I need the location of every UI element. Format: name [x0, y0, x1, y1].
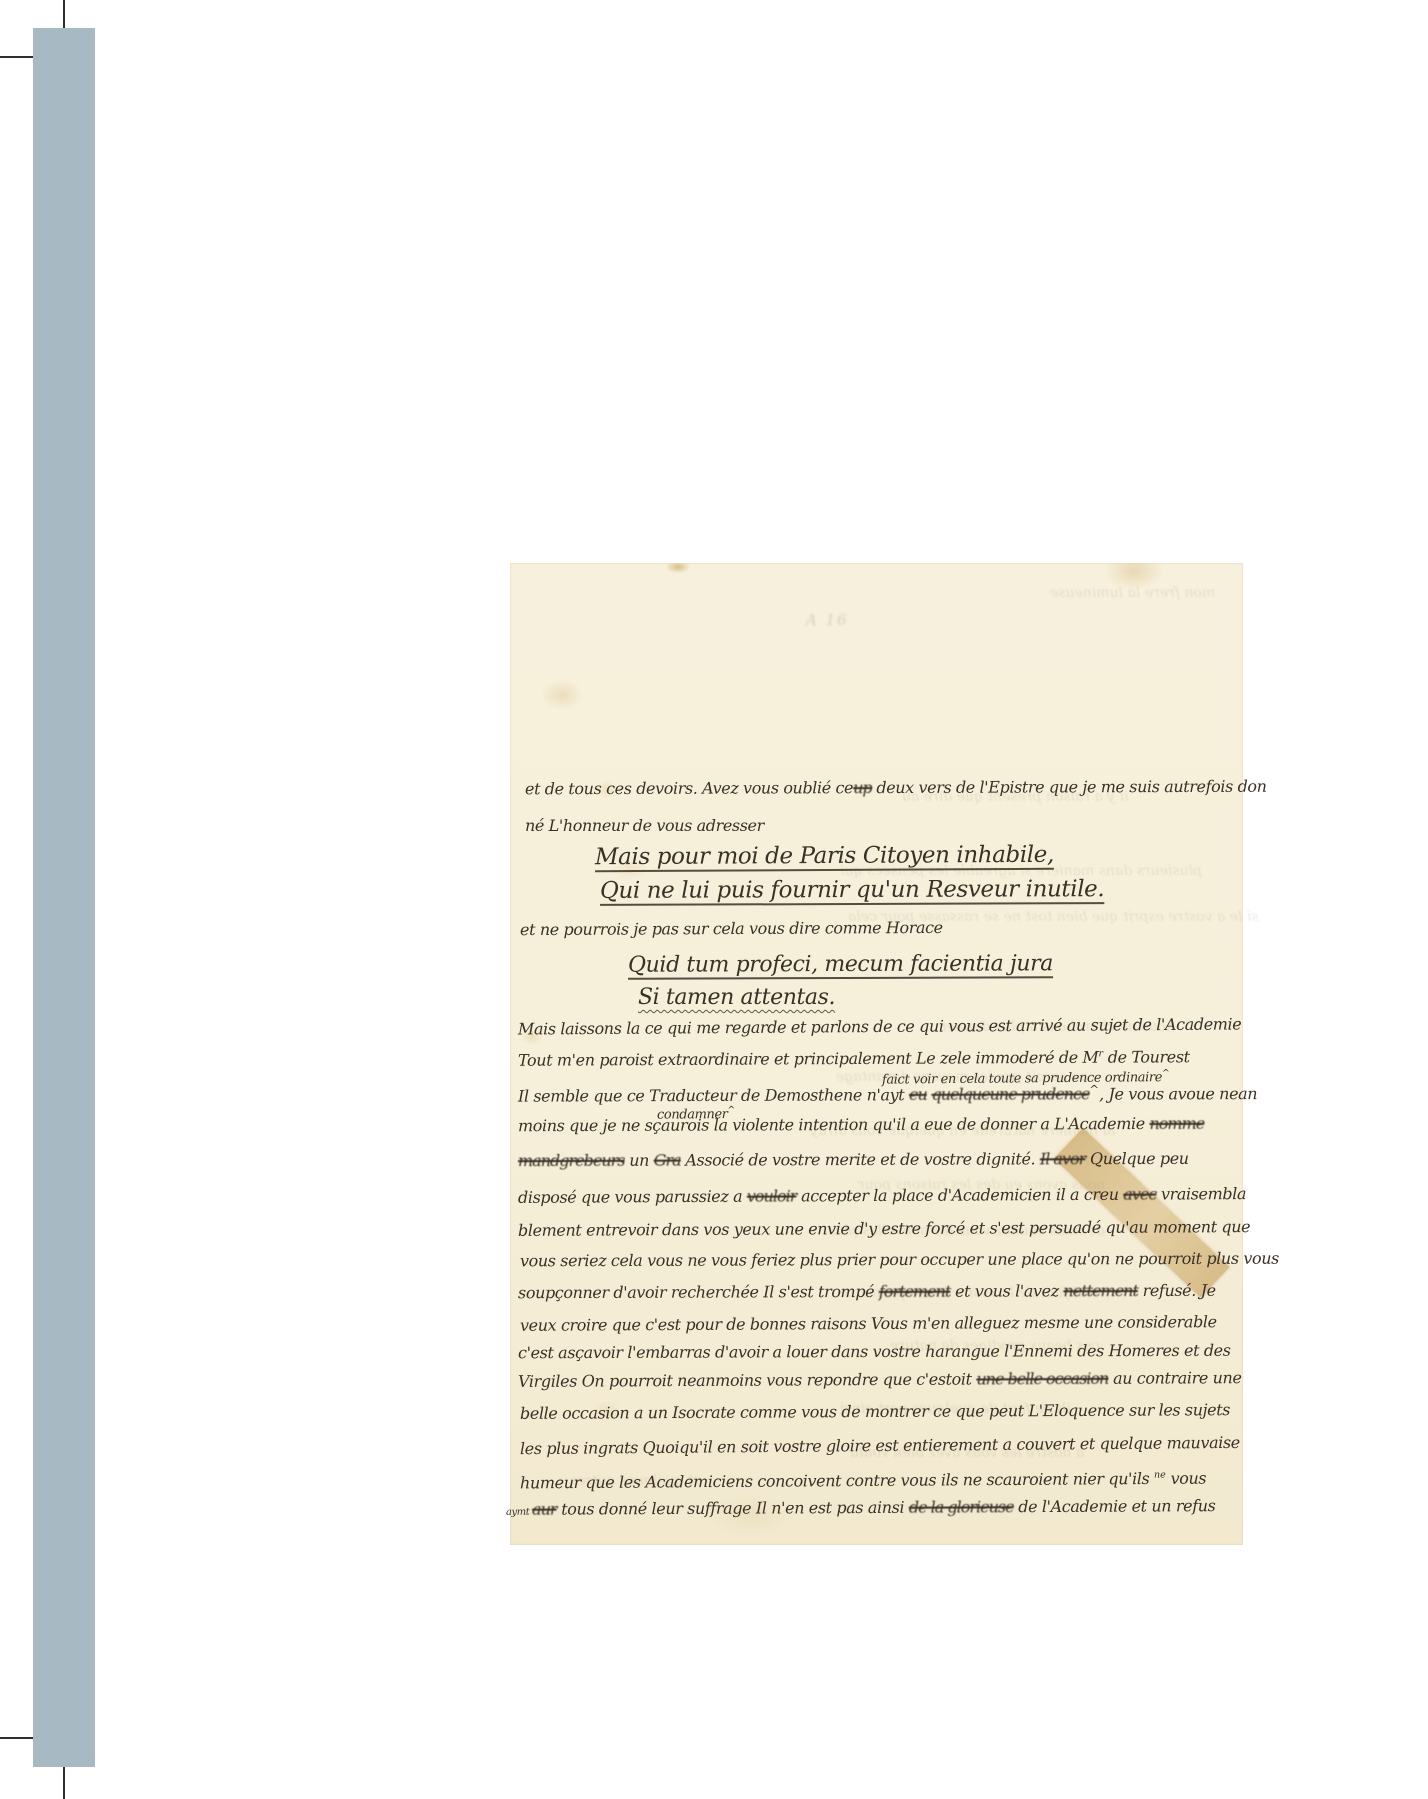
struck-out-text: mandgrebeurs: [518, 1151, 625, 1170]
handwritten-text: soupçonner d'avoir recherchée Il s'est t…: [518, 1282, 879, 1302]
handwritten-text: tous donné leur suffrage Il n'en est pas…: [556, 1498, 908, 1519]
handwritten-text: humeur que les Academiciens concoivent c…: [520, 1469, 1154, 1492]
line-13: disposé que vous parussiez a vouloir acc…: [518, 1185, 1246, 1206]
handwritten-text: accepter la place d'Academicien il a cre…: [796, 1185, 1123, 1206]
handwritten-text: et ne pourrois je pas sur cela vous dire…: [520, 918, 943, 939]
struck-out-text: vouloir: [747, 1186, 797, 1205]
handwritten-text: vraisembla: [1156, 1184, 1246, 1203]
left-color-band: [33, 28, 95, 1767]
handwritten-text: et de tous ces devoirs. Avez vous oublié…: [525, 778, 853, 798]
struck-out-text: eu: [909, 1085, 927, 1104]
struck-out-text: Gra: [654, 1151, 681, 1170]
handwritten-text: ^: [1162, 1068, 1170, 1079]
verse-01: Mais pour moi de Paris Citoyen inhabile,: [595, 843, 1054, 871]
struck-out-text: nettement: [1063, 1281, 1138, 1300]
struck-out-text: aur: [532, 1500, 557, 1519]
line-20: belle occasion a un Isocrate comme vous …: [520, 1401, 1230, 1422]
handwritten-text: au contraire une: [1108, 1368, 1241, 1388]
handwritten-text: Tout m'en paroist extraordinaire et prin…: [518, 1048, 1099, 1070]
handwritten-text: Qui ne lui puis fournir qu'un Resveur in…: [600, 876, 1104, 904]
verse-02: Qui ne lui puis fournir qu'un Resveur in…: [600, 877, 1104, 904]
line-14: blement entrevoir dans vos yeux une envi…: [518, 1218, 1250, 1239]
line-21: les plus ingrats Quoiqu'il en soit vostr…: [520, 1434, 1240, 1458]
line-19: Virgiles On pourroit neanmoins vous repo…: [518, 1369, 1242, 1390]
line-22: humeur que les Academiciens concoivent c…: [520, 1470, 1206, 1492]
handwritten-text: Il semble que ce Traducteur de Demosthen…: [518, 1085, 909, 1105]
handwritten-text: ne: [1154, 1470, 1166, 1481]
struck-out-text: Il avor: [1040, 1149, 1085, 1168]
handwritten-text: veux croire que c'est pour de bonnes rai…: [520, 1312, 1217, 1335]
handwritten-text: Quid tum profeci, mecum facientia jura: [628, 951, 1053, 977]
line-01: et de tous ces devoirs. Avez vous oublié…: [525, 778, 1267, 798]
struck-out-text: fortement: [879, 1282, 951, 1301]
handwritten-text: Mais pour moi de Paris Citoyen inhabile,: [595, 842, 1054, 870]
handwritten-text: c'est asçavoir l'embarras d'avoir a loue…: [518, 1341, 1231, 1362]
handwritten-text: Virgiles On pourroit neanmoins vous repo…: [518, 1369, 976, 1390]
line-11: moins que je ne sçaurois la violente int…: [518, 1115, 1204, 1135]
manuscript-page: A 16 mon frere la lumineuseil y a raison…: [510, 563, 1243, 1545]
handwritten-text: Si tamen attentas.: [638, 985, 835, 1010]
handwritten-text: disposé que vous parussiez a: [518, 1187, 747, 1207]
handwritten-text: Quelque peu: [1085, 1149, 1188, 1168]
line-09: Tout m'en paroist extraordinaire et prin…: [518, 1048, 1190, 1069]
handwritten-text: et vous l'avez: [950, 1281, 1063, 1300]
handwritten-text: vous: [1166, 1469, 1206, 1488]
handwritten-text: refusé. Je: [1138, 1281, 1216, 1300]
handwritten-text: ^: [727, 1105, 735, 1116]
handwritten-text: blement entrevoir dans vos yeux une envi…: [518, 1217, 1250, 1240]
struck-out-text: de la glorieuse: [909, 1497, 1014, 1517]
line-23: aymt aur tous donné leur suffrage Il n'e…: [506, 1497, 1216, 1519]
crop-mark-top-vertical: [63, 0, 65, 28]
handwritten-text: aymt: [506, 1507, 532, 1518]
verse-03: Quid tum profeci, mecum facientia jura: [628, 952, 1053, 978]
line-02: né L'honneur de vous adresser: [525, 817, 764, 835]
handwritten-text: de l'Academie et un refus: [1014, 1496, 1216, 1516]
struck-out-text: up: [853, 778, 872, 797]
handwritten-text: vous seriez cela vous ne vous feriez plu…: [520, 1249, 1279, 1271]
handwritten-text: un: [624, 1151, 653, 1170]
struck-out-text: une belle occasion: [976, 1369, 1108, 1389]
bleed-through-text: mon frere la lumineuse: [1050, 585, 1215, 601]
handwritten-text: , Je vous avoue nean: [1099, 1084, 1257, 1104]
crop-mark-top-horizontal: [0, 56, 33, 58]
line-17: veux croire que c'est pour de bonnes rai…: [520, 1313, 1217, 1334]
handwritten-text: ^: [1089, 1082, 1099, 1096]
handwritten-text: belle occasion a un Isocrate comme vous …: [520, 1400, 1230, 1423]
struck-out-text: nomme: [1149, 1114, 1204, 1133]
line-05: et ne pourrois je pas sur cela vous dire…: [520, 919, 943, 939]
crop-mark-bottom-vertical: [63, 1767, 65, 1799]
line-15: vous seriez cela vous ne vous feriez plu…: [520, 1250, 1279, 1270]
line-12: mandgrebeurs un Gra Associé de vostre me…: [518, 1150, 1189, 1170]
handwritten-text: de Tourest: [1103, 1047, 1190, 1066]
verse-04: Si tamen attentas.: [638, 986, 835, 1010]
pencil-inscription: A 16: [806, 611, 849, 629]
scanned-document-page: A 16 mon frere la lumineuseil y a raison…: [0, 0, 1428, 1799]
line-10: Il semble que ce Traducteur de Demosthen…: [518, 1083, 1257, 1106]
line-16: soupçonner d'avoir recherchée Il s'est t…: [518, 1282, 1216, 1302]
struck-out-text: quelqueune prudence: [931, 1085, 1089, 1105]
struck-out-text: avec: [1123, 1185, 1156, 1204]
handwritten-text: Associé de vostre merite et de vostre di…: [681, 1149, 1040, 1169]
handwritten-text: né L'honneur de vous adresser: [525, 816, 764, 835]
handwritten-text: moins que je ne sçaurois la violente int…: [518, 1114, 1150, 1135]
line-18: c'est asçavoir l'embarras d'avoir a loue…: [518, 1342, 1231, 1362]
handwritten-text: deux vers de l'Epistre que je me suis au…: [872, 777, 1267, 797]
crop-mark-bottom-horizontal: [0, 1737, 33, 1739]
handwritten-text: les plus ingrats Quoiqu'il en soit vostr…: [520, 1433, 1240, 1458]
